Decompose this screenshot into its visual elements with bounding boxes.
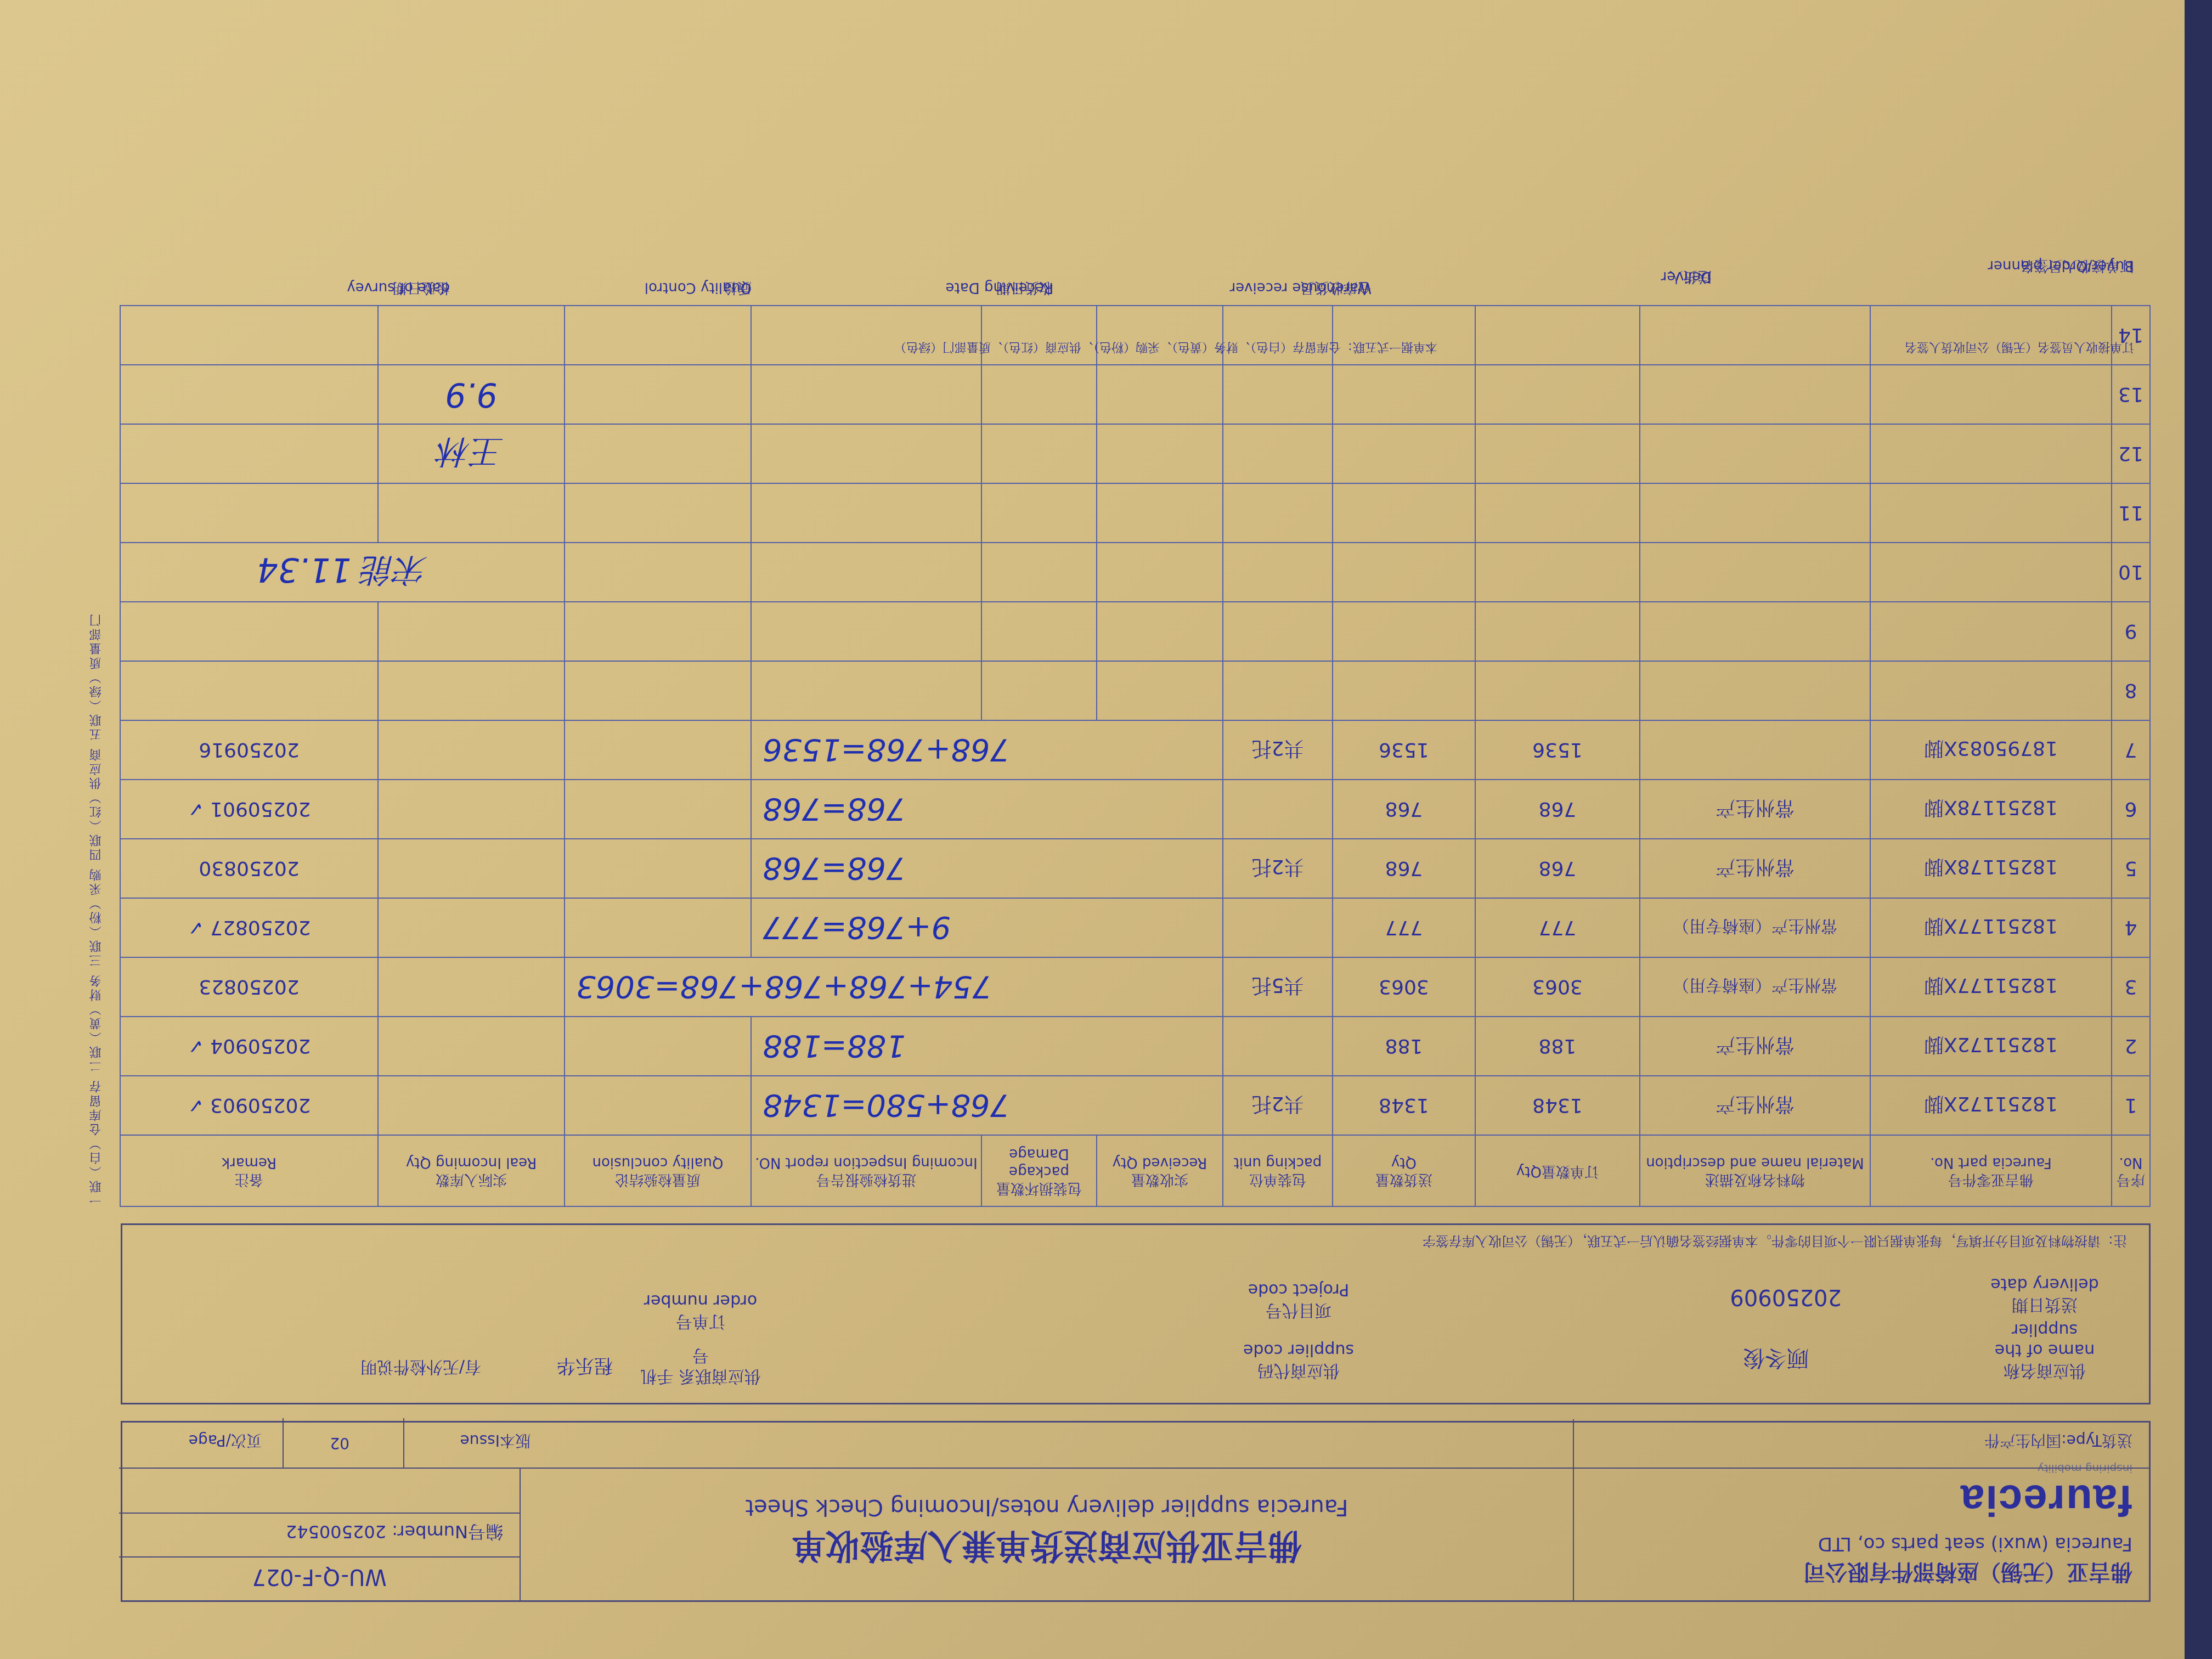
cell-qty: 1348 — [1333, 1076, 1475, 1135]
cell-real — [378, 898, 565, 957]
handwritten-date: 9.9 — [378, 365, 565, 424]
page-label: 页次/Page — [189, 1430, 262, 1452]
cell-qty: 3063 — [1333, 957, 1475, 1017]
cell-conclusion — [565, 1017, 751, 1076]
remark-date: 20250830 — [199, 857, 299, 880]
supplier-code-label: 供应商代码 supplier code — [1216, 1340, 1381, 1381]
cell-received-handwritten: 768+768=1536 — [751, 720, 1223, 780]
table-row-empty: 139.9 — [120, 365, 2150, 424]
check-mark-icon: ✓ — [188, 798, 204, 821]
cell-order-qty: 188 — [1475, 1017, 1640, 1076]
external-inspection-label: 有/无外检件说明 — [360, 1357, 481, 1381]
remark-date: 20250901 — [210, 798, 311, 821]
contact-label: 供应商联系 手机号 — [635, 1345, 766, 1386]
table-row: 1 18251172X脚 常州生产 1348 1348 共2托 768+580=… — [120, 1076, 2150, 1135]
instruction-note: 注：请按物料及项目分开填写，每张单据只限一个项目的零件。本单据经签名确认后一式五… — [1423, 1233, 2127, 1252]
table-row: 7 18795083X脚 1536 1536 共2托 768+768=1536 … — [120, 720, 2150, 780]
table-row-empty: 9 — [120, 602, 2150, 661]
cell-part: 18251178X脚 — [1870, 780, 2112, 839]
cell-unit — [1223, 780, 1333, 839]
check-mark-icon: ✓ — [188, 1035, 204, 1058]
label-en: name of the supplier — [1962, 1319, 2127, 1361]
cell-no: 6 — [2112, 780, 2150, 839]
cell-qty: 777 — [1333, 898, 1475, 957]
remark-date: 20250827 — [210, 917, 311, 939]
cell-real — [378, 1017, 565, 1076]
signature-labels: 订单接收人员签名Buyer/Order planner 送货人Deliver 仓… — [121, 198, 2151, 296]
cell-desc — [1640, 720, 1870, 780]
cell-part: 18251178X脚 — [1870, 839, 2112, 898]
col-remark: 备注Remark — [120, 1135, 378, 1206]
table-row-empty: 11 — [120, 483, 2150, 543]
cell-conclusion — [565, 1076, 751, 1135]
footer-notes: 订单接收人员签名（无锡）公司收货人签名 本单据一式五联：仓库留存（白色）、财务（… — [121, 302, 2151, 357]
check-mark-icon: ✓ — [188, 917, 204, 939]
cell-order-qty: 777 — [1475, 898, 1640, 957]
cell-part: 18251172X脚 — [1870, 1017, 2112, 1076]
cell-desc: 常州生产 — [1640, 839, 1870, 898]
table-row: 5 18251178X脚 常州生产 768 768 共2托 768=768 20… — [120, 839, 2150, 898]
divider — [403, 1418, 404, 1468]
meta-blank — [119, 1469, 520, 1513]
cell-real — [378, 1076, 565, 1135]
cell-remark: 20250904 ✓ — [120, 1017, 378, 1076]
cell-real — [378, 780, 565, 839]
cell-no: 7 — [2112, 720, 2150, 780]
cell-qty: 188 — [1333, 1017, 1475, 1076]
cell-no: 2 — [2112, 1017, 2150, 1076]
supplier-name-value: 顾冬俊 — [1743, 1344, 1809, 1375]
table-row-empty: 10宋能 11.34 — [120, 543, 2150, 602]
cell-remark: 20250903 ✓ — [120, 1076, 378, 1135]
label-en: Project code — [1216, 1279, 1381, 1300]
cell-remark: 20250916 — [120, 720, 378, 780]
buyer-note: 订单接收人员签名（无锡）公司收货人签名 — [1905, 340, 2134, 357]
company-name-cn: 佛吉亚（无锡）座椅部件有限公司 — [1590, 1558, 2132, 1589]
cell-no: 10 — [2112, 543, 2150, 602]
cell-desc: 常州生产 — [1640, 780, 1870, 839]
cell-no: 3 — [2112, 957, 2150, 1017]
table-row: 2 18251172X脚 常州生产 188 188 188=188 202509… — [120, 1017, 2150, 1076]
label-en: order number — [635, 1290, 766, 1311]
cell-no: 5 — [2112, 839, 2150, 898]
delivery-check-sheet: 佛吉亚（无锡）座椅部件有限公司 Faurecia (wuxi) seat par… — [82, 60, 2172, 1613]
issue-row: 送货Type:国内生产件 版本Issue 02 页次/Page — [119, 1419, 2149, 1469]
handwritten-signature: 宋能 11.34 — [120, 543, 565, 602]
cell-order-qty: 768 — [1475, 839, 1640, 898]
sheet-header: 佛吉亚（无锡）座椅部件有限公司 Faurecia (wuxi) seat par… — [121, 1421, 2151, 1602]
label-cn: 订单号 — [635, 1311, 766, 1332]
handwritten-signature: 王林 — [378, 424, 565, 483]
col-real-incoming-qty: 实际入库数Real Incoming Qty — [378, 1135, 565, 1206]
page-title-en: Faurecia supplier delivery notes/Incomin… — [521, 1494, 1573, 1520]
cell-received-handwritten: 188=188 — [751, 1017, 1223, 1076]
table-row-empty: 8 — [120, 661, 2150, 720]
table-row: 6 18251178X脚 常州生产 768 768 768=768 202509… — [120, 780, 2150, 839]
cell-qty: 768 — [1333, 780, 1475, 839]
check-mark-icon: ✓ — [188, 1094, 204, 1117]
company-name-en: Faurecia (wuxi) seat parts co, LTD — [1590, 1533, 2132, 1555]
cell-unit — [1223, 898, 1333, 957]
cell-remark: 20250827 ✓ — [120, 898, 378, 957]
delivery-date-label: 送货日期 delivery date — [1962, 1274, 2127, 1315]
cell-order-qty: 1348 — [1475, 1076, 1640, 1135]
cell-unit: 共5托 — [1223, 957, 1333, 1017]
faurecia-logo: faurecia — [1590, 1475, 2132, 1525]
cell-conclusion — [565, 839, 751, 898]
cell-desc: 常州生产 — [1640, 1017, 1870, 1076]
cell-part: 18251172X脚 — [1870, 1076, 2112, 1135]
label-en: supplier code — [1216, 1340, 1381, 1361]
issue-value: 02 — [330, 1434, 349, 1452]
table-header-row: 序号No. 佛吉亚零件号Faurecia part No. 物料名称及描述Mat… — [120, 1135, 2150, 1206]
col-received-qty: 实收数量Received Qty — [1097, 1135, 1223, 1206]
cell-desc: 常州生产（座椅专用） — [1640, 898, 1870, 957]
desk-edge — [2185, 0, 2212, 1659]
project-code-label: 项目代号 Project code — [1216, 1279, 1381, 1321]
cell-part: 18795083X脚 — [1870, 720, 2112, 780]
cell-received-handwritten: 754+768+768+768=3063 — [565, 957, 1223, 1017]
cell-order-qty: 1536 — [1475, 720, 1640, 780]
table-row-empty: 12王林 — [120, 424, 2150, 483]
cell-no: 13 — [2112, 365, 2150, 424]
copies-side-text: 一联（白）仓库留存 二联（黄）财务 三联（粉）采购 四联（红）供应商 五联（绿）… — [88, 165, 110, 1207]
remark-date: 20250903 — [210, 1094, 311, 1117]
order-number-label: 订单号 order number — [635, 1290, 766, 1331]
delivery-table: 序号No. 佛吉亚零件号Faurecia part No. 物料名称及描述Mat… — [121, 305, 2151, 1207]
cell-desc: 常州生产 — [1640, 1076, 1870, 1135]
cell-conclusion — [565, 720, 751, 780]
cell-part: 18251177X脚 — [1870, 898, 2112, 957]
cell-no: 1 — [2112, 1076, 2150, 1135]
cell-real — [378, 957, 565, 1017]
cell-no: 9 — [2112, 602, 2150, 661]
form-number: 编号Number: 202500542 — [119, 1513, 520, 1556]
col-order-qty: 订单数量Qty — [1475, 1135, 1640, 1206]
col-qty: 送货数量Qty — [1333, 1135, 1475, 1206]
col-inspection-report: 进货检验报告号Incoming Inspection report NO. — [751, 1135, 981, 1206]
delivery-type: 送货Type:国内生产件 — [1984, 1430, 2132, 1452]
cell-real — [378, 720, 565, 780]
remark-date: 20250916 — [199, 739, 299, 761]
cell-order-qty: 3063 — [1475, 957, 1640, 1017]
cell-remark: 20250830 — [120, 839, 378, 898]
cell-no: 12 — [2112, 424, 2150, 483]
cell-received-handwritten: 9+768=777 — [751, 898, 1223, 957]
form-code: WU-Q-F-027 — [119, 1556, 520, 1600]
cell-qty: 1536 — [1333, 720, 1475, 780]
supplier-info: 供应商名称 name of the supplier 顾冬俊 送货日期 deli… — [121, 1223, 2151, 1404]
cell-desc: 常州生产（座椅专用） — [1640, 957, 1870, 1017]
cell-unit — [1223, 1017, 1333, 1076]
page-title-cn: 佛吉亚供应商送货单兼入库验收单 — [521, 1524, 1573, 1573]
col-quality-conclusion: 质量检验结论Quality conclusion — [565, 1135, 751, 1206]
cell-received-handwritten: 768=768 — [751, 839, 1223, 898]
number-value: 202500542 — [286, 1521, 386, 1542]
col-package-damage: 包装损坏数量package Damage — [981, 1135, 1097, 1206]
copies-note: 本单据一式五联：仓库留存（白色）、财务（黄色）、采购（粉色）、供应商（红色）、质… — [894, 340, 1437, 357]
label-en: delivery date — [1962, 1274, 2127, 1295]
cell-remark: 20250901 ✓ — [120, 780, 378, 839]
cell-unit: 共2托 — [1223, 1076, 1333, 1135]
col-no: 序号No. — [2112, 1135, 2150, 1206]
label-cn: 供应商联系 手机号 — [635, 1345, 766, 1386]
delivery-date-value: 20250909 — [1730, 1284, 1842, 1310]
label-cn: 供应商名称 — [1962, 1361, 2127, 1381]
cell-part: 18251177X脚 — [1870, 957, 2112, 1017]
cell-received-handwritten: 768=768 — [751, 780, 1223, 839]
cell-no: 11 — [2112, 483, 2150, 543]
cell-unit: 共2托 — [1223, 720, 1333, 780]
supplier-name-label: 供应商名称 name of the supplier — [1962, 1319, 2127, 1381]
cell-real — [378, 839, 565, 898]
cell-no: 4 — [2112, 898, 2150, 957]
cell-unit: 共2托 — [1223, 839, 1333, 898]
issue-label: 版本Issue — [460, 1430, 531, 1452]
form-meta: WU-Q-F-027 编号Number: 202500542 — [119, 1469, 520, 1600]
contact-value: 程乐华 — [557, 1354, 613, 1381]
cell-conclusion — [565, 898, 751, 957]
remark-date: 20250904 — [210, 1035, 311, 1058]
label-cn: 项目代号 — [1216, 1300, 1381, 1321]
title-block: 佛吉亚供应商送货单兼入库验收单 Faurecia supplier delive… — [520, 1469, 1573, 1600]
cell-remark: 20250823 — [120, 957, 378, 1017]
col-part-no: 佛吉亚零件号Faurecia part No. — [1870, 1135, 2112, 1206]
divider — [283, 1418, 284, 1468]
label-cn: 供应商代码 — [1216, 1361, 1381, 1381]
cell-no: 8 — [2112, 661, 2150, 720]
table-row: 4 18251177X脚 常州生产（座椅专用） 777 777 9+768=77… — [120, 898, 2150, 957]
number-label: 编号Number: — [392, 1521, 503, 1542]
table-row: 3 18251177X脚 常州生产（座椅专用） 3063 3063 共5托 75… — [120, 957, 2150, 1017]
cell-order-qty: 768 — [1475, 780, 1640, 839]
cell-qty: 768 — [1333, 839, 1475, 898]
remark-date: 20250823 — [199, 976, 299, 998]
col-material: 物料名称及描述Material name and description — [1640, 1135, 1870, 1206]
cell-conclusion — [565, 780, 751, 839]
cell-received-handwritten: 768+580=1348 — [751, 1076, 1223, 1135]
label-cn: 送货日期 — [1962, 1295, 2127, 1316]
col-packing-unit: 包装单位packing unit — [1223, 1135, 1333, 1206]
